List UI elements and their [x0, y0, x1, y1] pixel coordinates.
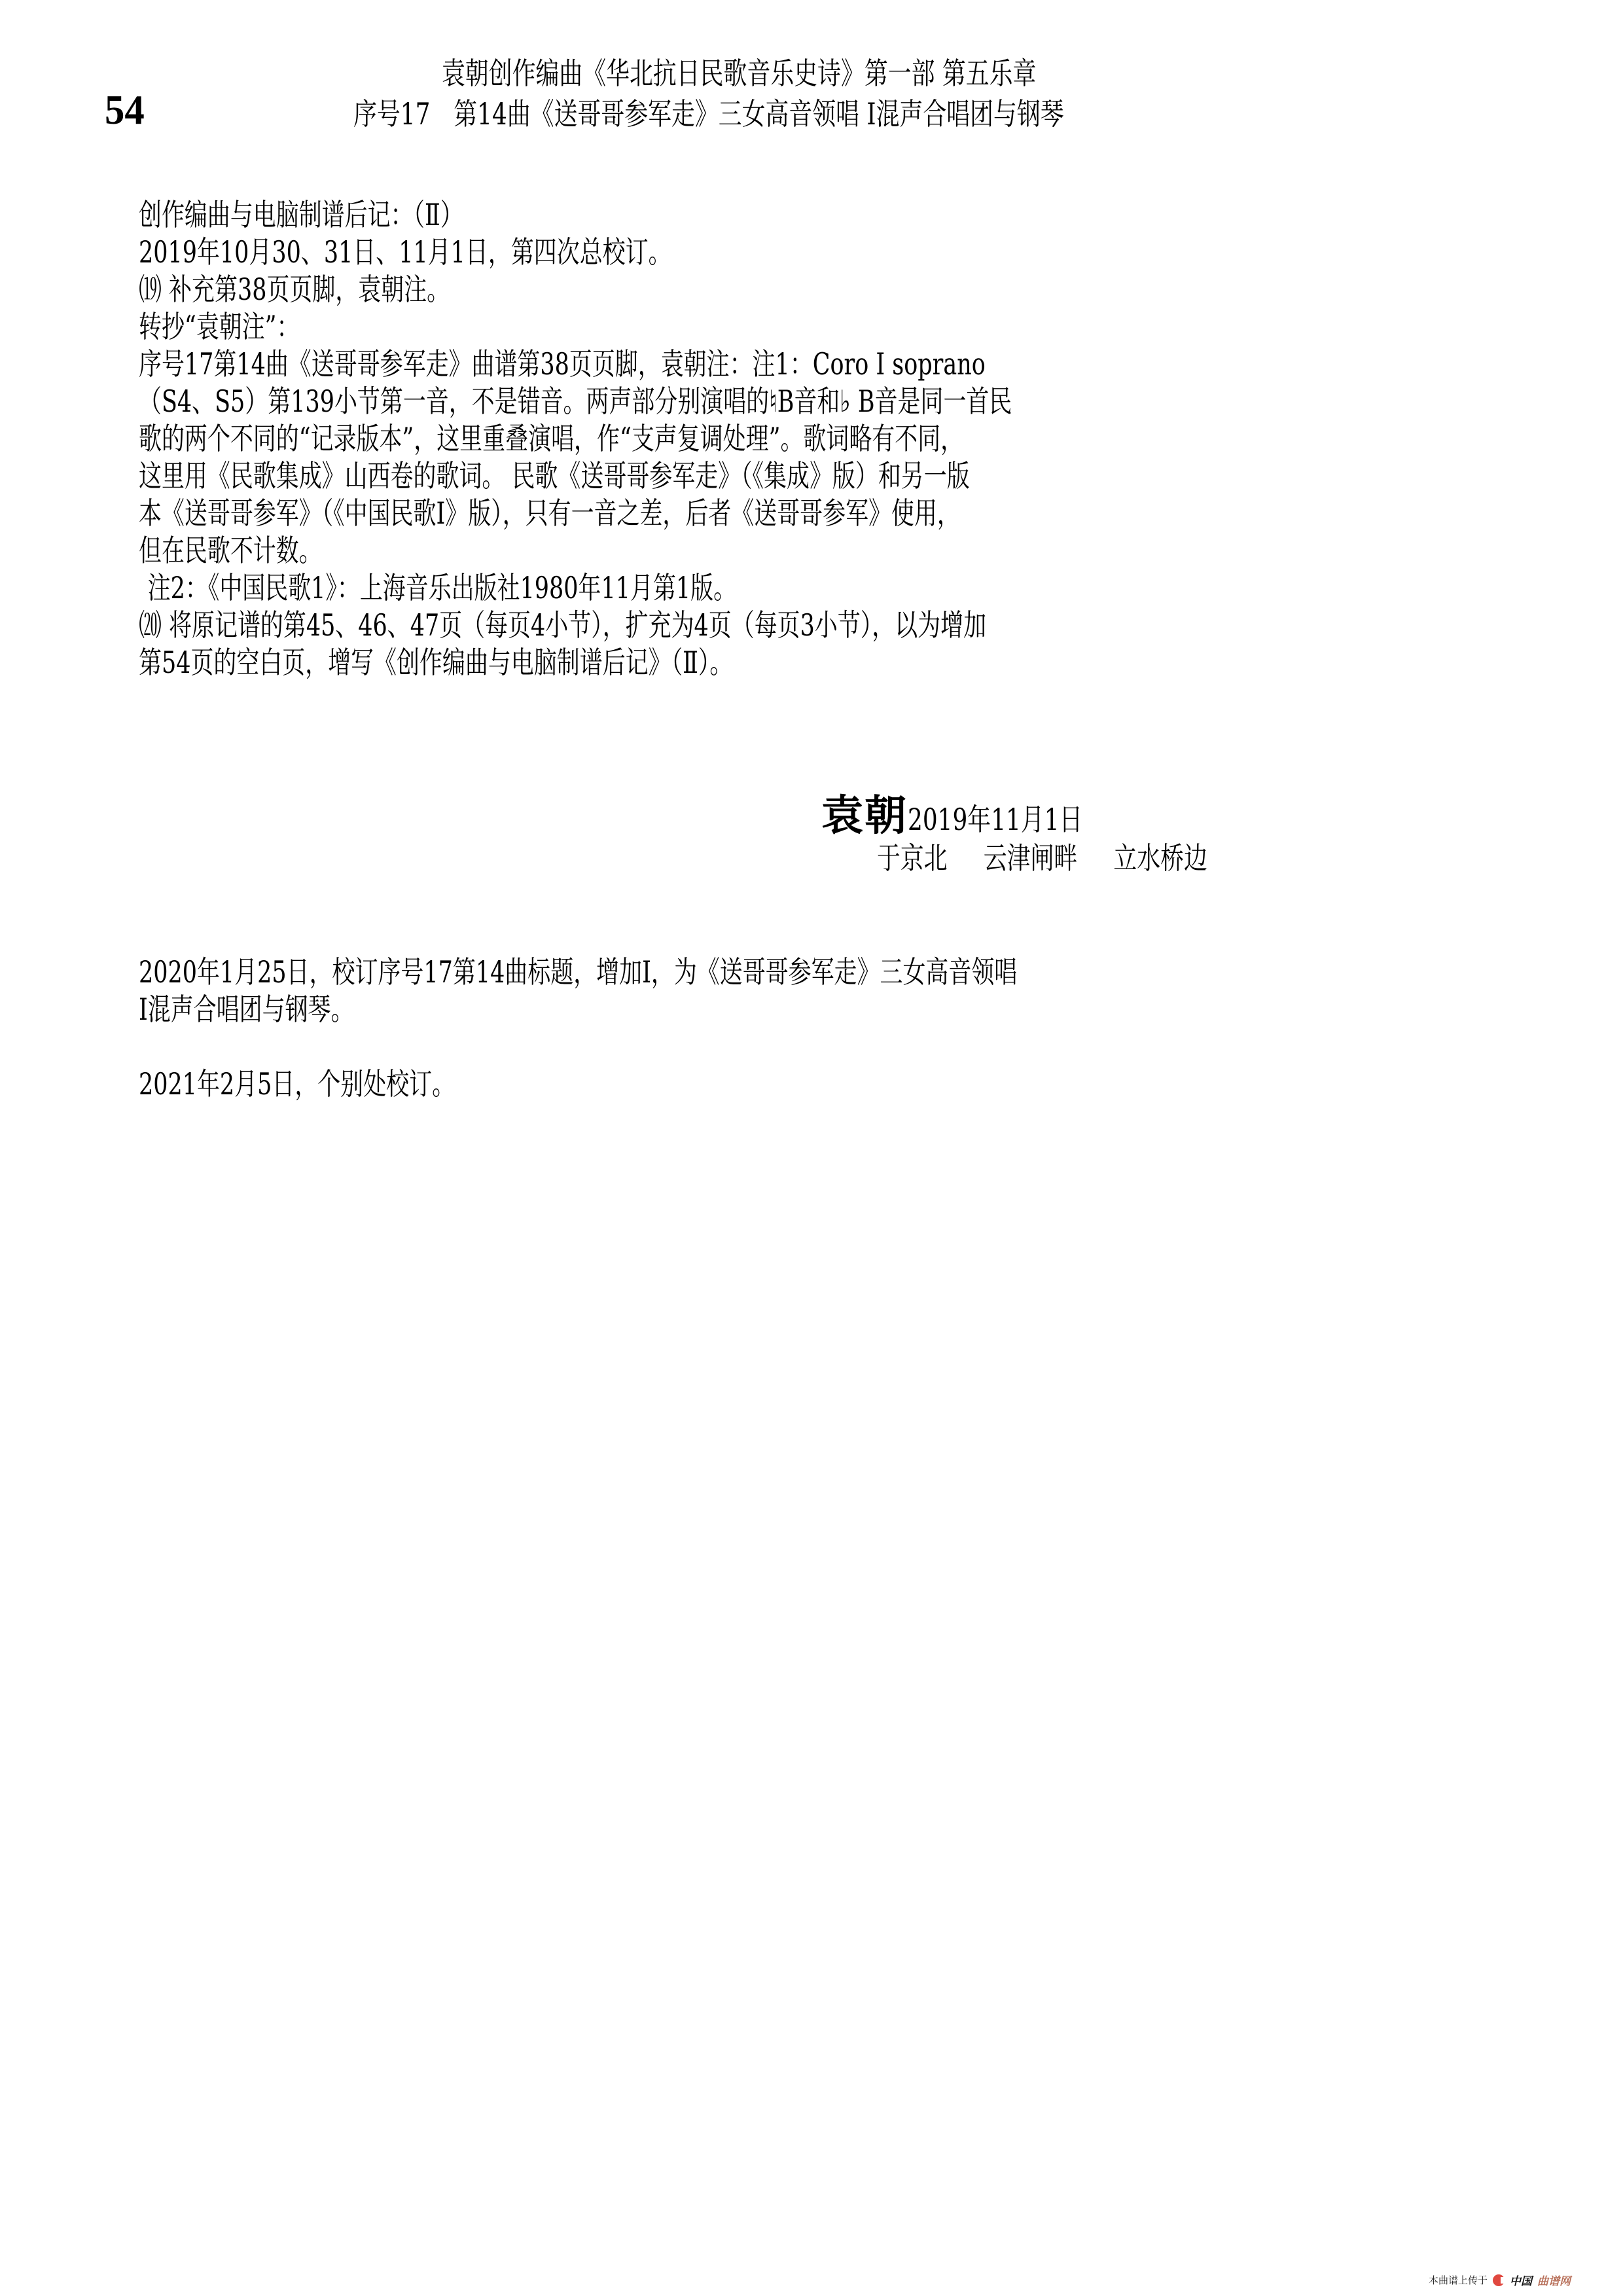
body-line: （S4、S5）第139小节第一音，不是错音。两声部分别演唱的♮B音和♭ B音是同… [139, 383, 1133, 420]
qupu-logo-icon [1493, 2274, 1505, 2286]
body-line: 但在民歌不计数。 [139, 532, 1133, 569]
body-line: 2019年10月30、31日、11月1日，第四次总校订。 [139, 234, 1133, 271]
upload-watermark: 本曲谱上传于 中国 曲谱网 [1429, 2272, 1571, 2288]
body-line: 歌的两个不同的“记录版本”，这里重叠演唱，作“支声复调处理”。歌词略有不同， [139, 420, 1133, 457]
spacer [139, 1028, 1448, 1066]
body-line: 本《送哥哥参军》（《中国民歌Ⅰ》版），只有一音之差，后者《送哥哥参军》使用， [139, 495, 1133, 532]
place-item: 立水桥边 [1113, 840, 1207, 876]
body-line: ⒆ 补充第38页页脚，袁朝注。 [139, 271, 1133, 308]
header-title-line: 袁朝创作编曲《华北抗日民歌音乐史诗》第一部 第五乐章 [442, 54, 1036, 93]
signature-date: 2019年11月1日 [908, 796, 1082, 839]
watermark-brand-part2: 曲谱网 [1537, 2272, 1571, 2288]
revision-line: Ⅰ混声合唱团与钢琴。 [139, 991, 1133, 1028]
body-line: 转抄“袁朝注”： [139, 308, 1133, 346]
body-line: 第54页的空白页，增写《创作编曲与电脑制谱后记》（Ⅱ）。 [139, 644, 1133, 681]
page-number: 54 [105, 89, 145, 131]
note-2-line: 注2：《中国民歌1》：上海音乐出版社1980年11月第1版。 [139, 569, 1133, 607]
signature-places: 于京北 云津闸畔 立水桥边 [877, 834, 1236, 878]
watermark-text: 本曲谱上传于 [1429, 2273, 1488, 2287]
place-item: 云津闸畔 [984, 840, 1078, 876]
revision-line: 2021年2月5日，个别处校订。 [139, 1066, 1133, 1103]
watermark-brand-part1: 中国 [1510, 2272, 1532, 2288]
signature-name: 袁朝 [821, 792, 908, 840]
header-subtitle-line: 序号17 第14曲《送哥哥参军走》三女高音领唱 Ⅰ混声合唱团与钢琴 [353, 94, 1064, 134]
afterword-body: 创作编曲与电脑制谱后记：（Ⅱ） 2019年10月30、31日、11月1日，第四次… [139, 196, 1448, 681]
revision-line: 2020年1月25日，校订序号17第14曲标题，增加Ⅰ，为《送哥哥参军走》三女高… [139, 954, 1133, 991]
place-item: 于京北 [877, 840, 948, 876]
body-line: ⒇ 将原记谱的第45、46、47页（每页4小节），扩充为4页（每页3小节），以为… [139, 607, 1133, 644]
afterword-heading: 创作编曲与电脑制谱后记：（Ⅱ） [139, 196, 1133, 234]
body-line: 序号17第14曲《送哥哥参军走》曲谱第38页页脚，袁朝注：注1：Coro Ⅰ s… [139, 346, 1133, 383]
body-line: 这里用《民歌集成》山西卷的歌词。 民歌《送哥哥参军走》（《集成》版）和另一版 [139, 457, 1133, 495]
signature: 袁朝2019年11月1日 [821, 782, 1132, 842]
revision-notes: 2020年1月25日，校订序号17第14曲标题，增加Ⅰ，为《送哥哥参军走》三女高… [139, 954, 1448, 1103]
